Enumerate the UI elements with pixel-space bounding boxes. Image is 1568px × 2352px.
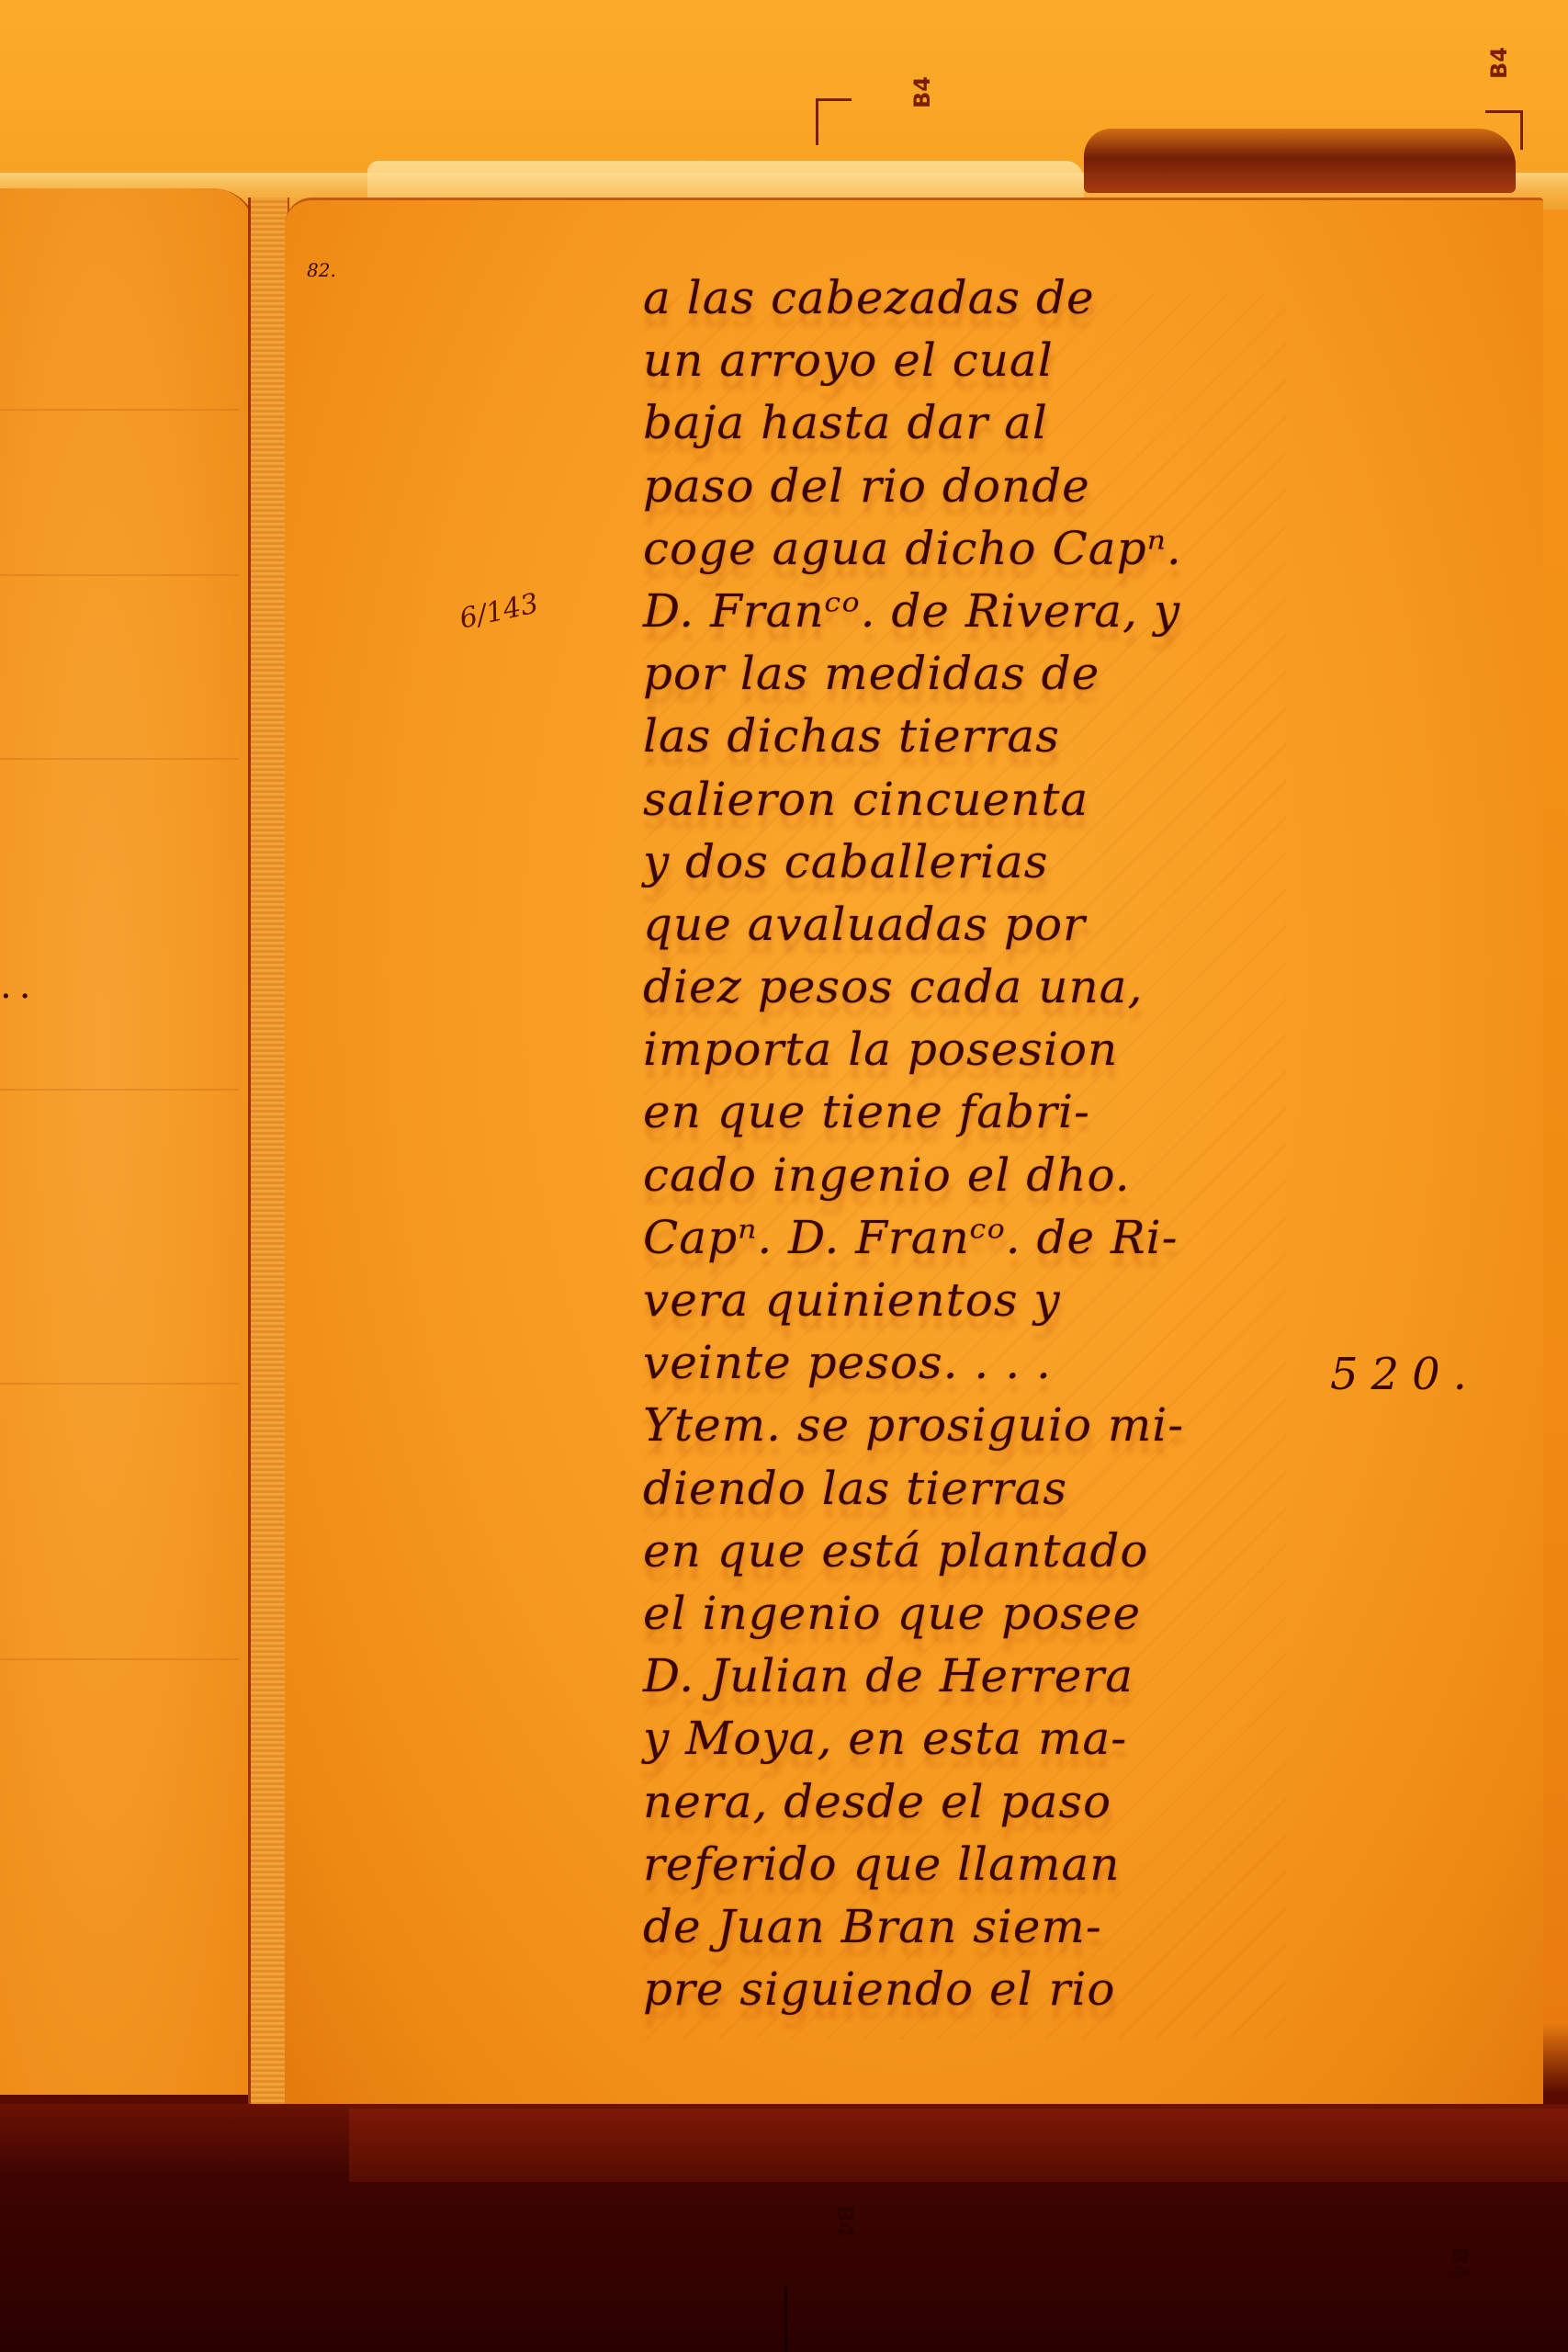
manuscript-line: las dichas tierras — [643, 705, 1286, 767]
crop-mark-top-left — [816, 98, 852, 145]
page-number: 82. — [307, 259, 336, 281]
bleed-line — [0, 758, 239, 760]
manuscript-line: pre siguiendo el rio — [643, 1958, 1286, 2020]
manuscript-line: en que tiene fabri- — [643, 1080, 1286, 1143]
manuscript-line: importa la posesion — [643, 1018, 1286, 1080]
manuscript-line: baja hasta dar al — [643, 391, 1286, 454]
crop-label-top-left: B4 — [909, 76, 935, 108]
crop-mark-bottom — [784, 2286, 787, 2352]
manuscript-line: un arroyo el cual — [643, 329, 1286, 391]
manuscript-line: D. Julian de Herrera — [643, 1645, 1286, 1707]
manuscript-line: de Juan Bran siem- — [643, 1895, 1286, 1958]
bleed-line — [0, 1383, 239, 1385]
manuscript-line: D. Franᶜᵒ. de Rivera, y — [643, 580, 1286, 642]
crop-label-bottom-left: B4 — [832, 2205, 858, 2237]
manuscript-line: en que está plantado — [643, 1520, 1286, 1582]
manuscript-line: nera, desde el paso — [643, 1770, 1286, 1833]
manuscript-line: por las medidas de — [643, 642, 1286, 705]
manuscript-line: Capⁿ. D. Franᶜᵒ. de Ri- — [643, 1206, 1286, 1269]
manuscript-line: y dos caballerias — [643, 831, 1286, 893]
margin-amount: 520. — [1330, 1349, 1480, 1400]
bleed-line — [0, 1658, 239, 1660]
left-page — [0, 188, 258, 2095]
manuscript-line: salieron cincuenta — [643, 768, 1286, 831]
crop-label-top-right: B4 — [1486, 47, 1512, 79]
manuscript-line: vera quinientos y — [643, 1269, 1286, 1331]
manuscript-line: diez pesos cada una, — [643, 955, 1286, 1018]
manuscript-line: Ytem. se prosiguio mi- — [643, 1394, 1286, 1456]
manuscript-line: el ingenio que posee — [643, 1582, 1286, 1645]
manuscript-photo: B4 B4 .. 82. 6/143 a las cabezadas de un… — [0, 0, 1568, 2352]
book-spine — [248, 198, 289, 2109]
manuscript-line: veinte pesos. . . . — [643, 1331, 1286, 1394]
bleed-line — [0, 409, 239, 411]
manuscript-line: y Moya, en esta ma- — [643, 1707, 1286, 1770]
manuscript-line: diendo las tierras — [643, 1457, 1286, 1520]
bottom-binding-band — [349, 2109, 1568, 2182]
paper-strip — [367, 161, 1084, 198]
crop-label-bottom-right: B4 — [1447, 2247, 1472, 2279]
left-page-fragment: .. — [0, 965, 38, 1007]
manuscript-line: referido que llaman — [643, 1833, 1286, 1895]
manuscript-line: coge agua dicho Capⁿ. — [643, 517, 1286, 580]
binding-tape — [1084, 129, 1516, 193]
manuscript-line: cado ingenio el dho. — [643, 1144, 1286, 1206]
bleed-line — [0, 574, 239, 576]
manuscript-text: a las cabezadas de un arroyo el cual baj… — [643, 266, 1286, 2020]
manuscript-line: a las cabezadas de — [643, 266, 1286, 329]
manuscript-line: que avaluadas por — [643, 893, 1286, 955]
manuscript-line: paso del rio donde — [643, 455, 1286, 517]
bleed-line — [0, 1089, 239, 1091]
